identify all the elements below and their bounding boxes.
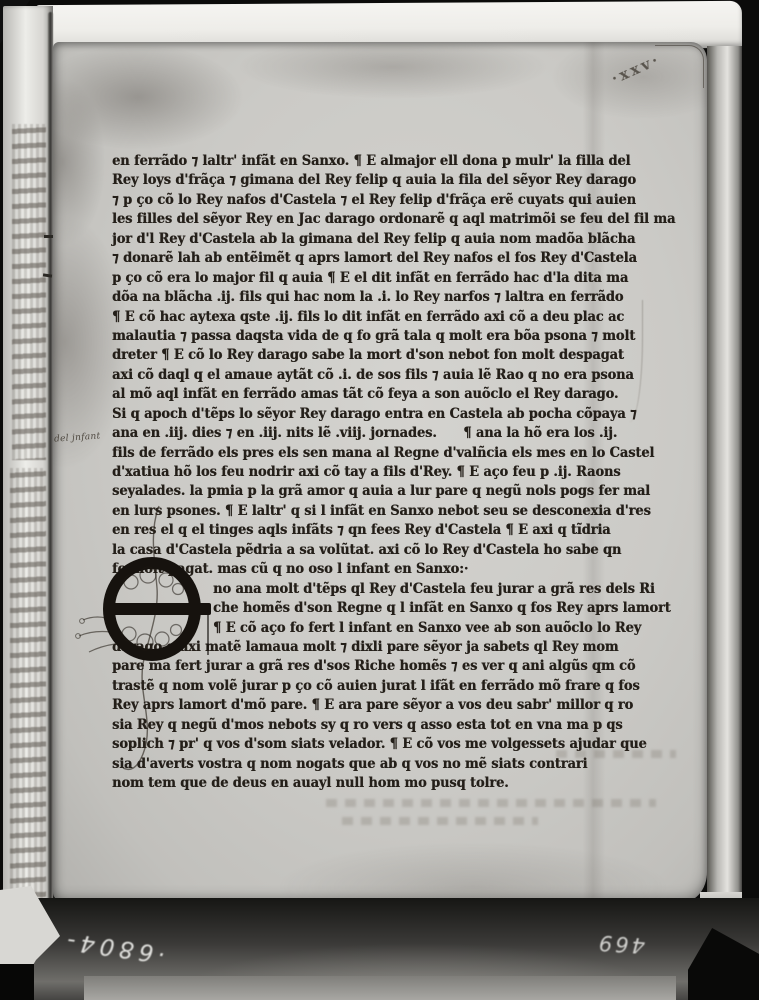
text-line: Si q apoch d'tẽps lo sẽyor Rey darago en… (112, 404, 668, 425)
text-line: ⁊ p ço cõ lo Rey nafos d'Castela ⁊ el Re… (112, 190, 668, 211)
text-line: Rey loys d'frãça ⁊ gimana del Rey felip … (112, 170, 668, 191)
text-line: ¶ E cõ hac aytexa qste .ij. fils lo dit … (112, 307, 668, 328)
gutter-tick-mark (44, 235, 53, 238)
photo-background-right (742, 0, 759, 1000)
text-line: fils de ferrãdo els pres els sen mana al… (112, 443, 668, 464)
facing-page-text-scraps (12, 124, 46, 460)
text-line: axi cõ daql q el amaue aytãt cõ .i. de s… (112, 365, 668, 386)
table-edge-strip (84, 976, 676, 1000)
show-through-ghost-text (326, 799, 656, 807)
page-edges-stack (707, 46, 744, 904)
manuscript-photograph: ·xxv· del jnfant en ferrãdo ⁊ laltr' inf… (0, 0, 759, 1000)
text-line: p ço cõ era lo major fil q auia ¶ E el d… (112, 268, 668, 289)
plate-number-right: 469 (595, 930, 646, 957)
facing-page-text-scraps (10, 468, 46, 960)
text-line: jor d'l Rey d'Castela ab la gimana del R… (112, 229, 668, 250)
text-line: ana en .iij. dies ⁊ en .iij. nits lẽ .vi… (112, 423, 668, 444)
text-line: malautia ⁊ passa daqsta vida de q fo grã… (112, 326, 668, 347)
text-line: en ferrãdo ⁊ laltr' infãt en Sanxo. ¶ E … (112, 151, 668, 172)
text-line: al mõ aql infãt en ferrãdo amas tãt cõ f… (112, 384, 668, 405)
text-line: ⁊ donarẽ lah ab entẽimẽt q aprs lamort d… (112, 248, 668, 269)
text-line: d'xatiua hõ los feu nodrir axi cõ tay a … (112, 462, 668, 483)
show-through-ghost-text (556, 750, 676, 758)
photo-corner-bottom-left (0, 964, 34, 1000)
show-through-ghost-text (342, 817, 538, 825)
text-line: dõa na blãcha .ij. fils qui hac nom la .… (112, 287, 668, 308)
text-line: les filles del sẽyor Rey en Jac darago o… (112, 209, 668, 230)
text-line: dreter ¶ E cõ lo Rey darago sabe la mort… (112, 345, 668, 366)
